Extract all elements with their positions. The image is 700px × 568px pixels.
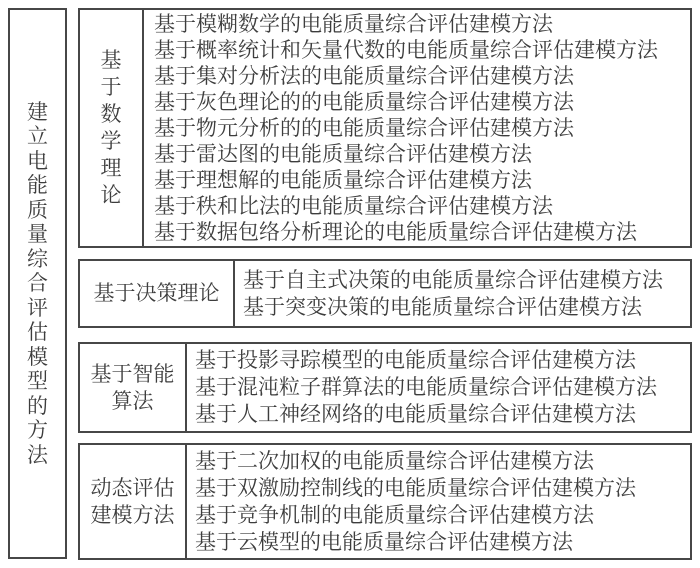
method-item: 基于投影寻踪模型的电能质量综合评估建模方法 xyxy=(195,347,690,374)
group-math-theory-items: 基于模糊数学的电能质量综合评估建模方法基于概率统计和矢量代数的电能质量综合评估建… xyxy=(144,10,690,246)
group-math-theory-header-label: 基于数学理论 xyxy=(100,47,123,209)
method-item: 基于秩和比法的电能质量综合评估建模方法 xyxy=(154,193,690,219)
method-item: 基于数据包络分析理论的电能质量综合评估建模方法 xyxy=(154,219,690,245)
group-decision-theory-items: 基于自主式决策的电能质量综合评估建模方法基于突变决策的电能质量综合评估建模方法 xyxy=(235,261,690,326)
method-item: 基于人工神经网络的电能质量综合评估建模方法 xyxy=(195,401,690,428)
group-intelligent-algorithms-header-label: 基于智能 算法 xyxy=(80,344,187,431)
group-decision-theory: 基于决策理论 基于自主式决策的电能质量综合评估建模方法基于突变决策的电能质量综合… xyxy=(78,259,692,328)
method-item: 基于云模型的电能质量综合评估建模方法 xyxy=(195,529,690,556)
group-intelligent-algorithms-items: 基于投影寻踪模型的电能质量综合评估建模方法基于混沌粒子群算法的电能质量综合评估建… xyxy=(187,344,690,431)
root-label: 建立电能质量综合评估模型的方法 xyxy=(26,100,49,468)
method-item: 基于双激励控制线的电能质量综合评估建模方法 xyxy=(195,475,690,502)
method-item: 基于理想解的电能质量综合评估建模方法 xyxy=(154,167,690,193)
group-dynamic-evaluation: 动态评估 建模方法 基于二次加权的电能质量综合评估建模方法基于双激励控制线的电能… xyxy=(78,443,692,560)
method-item: 基于自主式决策的电能质量综合评估建模方法 xyxy=(243,267,690,294)
method-item: 基于竞争机制的电能质量综合评估建模方法 xyxy=(195,502,690,529)
method-item: 基于二次加权的电能质量综合评估建模方法 xyxy=(195,448,690,475)
classification-diagram: 建立电能质量综合评估模型的方法 基于数学理论 基于模糊数学的电能质量综合评估建模… xyxy=(0,0,700,568)
group-dynamic-evaluation-items: 基于二次加权的电能质量综合评估建模方法基于双激励控制线的电能质量综合评估建模方法… xyxy=(187,445,690,558)
method-item: 基于雷达图的电能质量综合评估建模方法 xyxy=(154,141,690,167)
method-item: 基于概率统计和矢量代数的电能质量综合评估建模方法 xyxy=(154,37,690,63)
root-node: 建立电能质量综合评估模型的方法 xyxy=(8,8,67,559)
group-math-theory: 基于数学理论 基于模糊数学的电能质量综合评估建模方法基于概率统计和矢量代数的电能… xyxy=(78,8,692,248)
method-item: 基于灰色理论的的电能质量综合评估建模方法 xyxy=(154,89,690,115)
method-item: 基于集对分析法的电能质量综合评估建模方法 xyxy=(154,63,690,89)
method-item: 基于混沌粒子群算法的电能质量综合评估建模方法 xyxy=(195,374,690,401)
group-dynamic-evaluation-header-label: 动态评估 建模方法 xyxy=(80,445,187,558)
method-item: 基于模糊数学的电能质量综合评估建模方法 xyxy=(154,11,690,37)
method-item: 基于物元分析的的电能质量综合评估建模方法 xyxy=(154,115,690,141)
group-math-theory-header-cell: 基于数学理论 xyxy=(80,10,144,246)
group-intelligent-algorithms: 基于智能 算法 基于投影寻踪模型的电能质量综合评估建模方法基于混沌粒子群算法的电… xyxy=(78,342,692,433)
method-item: 基于突变决策的电能质量综合评估建模方法 xyxy=(243,294,690,321)
group-decision-theory-header-label: 基于决策理论 xyxy=(80,261,235,326)
